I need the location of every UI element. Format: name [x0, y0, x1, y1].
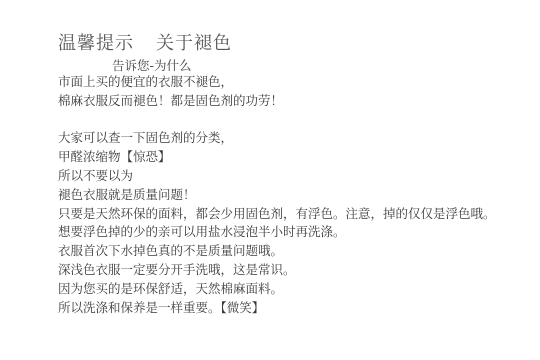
title-warm-tip: 温馨提示 — [58, 33, 134, 54]
text-line: 只要是天然环保的面料，都会少用固色剂，有浮色。注意，掉的仅仅是浮色哦。 — [58, 205, 496, 224]
text-line: 因为您买的是环保舒适，天然棉麻面料。 — [58, 280, 496, 299]
notice-body: 市面上买的便宜的衣服不褪色， 棉麻衣服反而褪色！都是固色剂的功劳！ 大家可以查一… — [58, 73, 496, 317]
text-line: 甲醛浓缩物【惊恐】 — [58, 148, 496, 167]
text-line: 所以不要以为 — [58, 167, 496, 186]
text-line: 褪色衣服就是质量问题！ — [58, 186, 496, 205]
page-title: 温馨提示关于褪色 — [58, 29, 232, 55]
text-line: 想要浮色掉的少的亲可以用盐水浸泡半小时再洗涤。 — [58, 223, 496, 242]
text-line: 市面上买的便宜的衣服不褪色， — [58, 73, 496, 92]
text-line: 棉麻衣服反而褪色！都是固色剂的功劳！ — [58, 92, 496, 111]
text-line: 所以洗涤和保养是一样重要。【微笑】 — [58, 299, 496, 318]
title-about-fading: 关于褪色 — [156, 33, 232, 54]
paragraph-spacer — [58, 111, 496, 130]
subtitle: 告诉您-为什么 — [112, 56, 192, 74]
text-line: 大家可以查一下固色剂的分类， — [58, 129, 496, 148]
text-line: 深浅色衣服一定要分开手洗哦，这是常识。 — [58, 261, 496, 280]
text-line: 衣服首次下水掉色真的不是质量问题哦。 — [58, 242, 496, 261]
